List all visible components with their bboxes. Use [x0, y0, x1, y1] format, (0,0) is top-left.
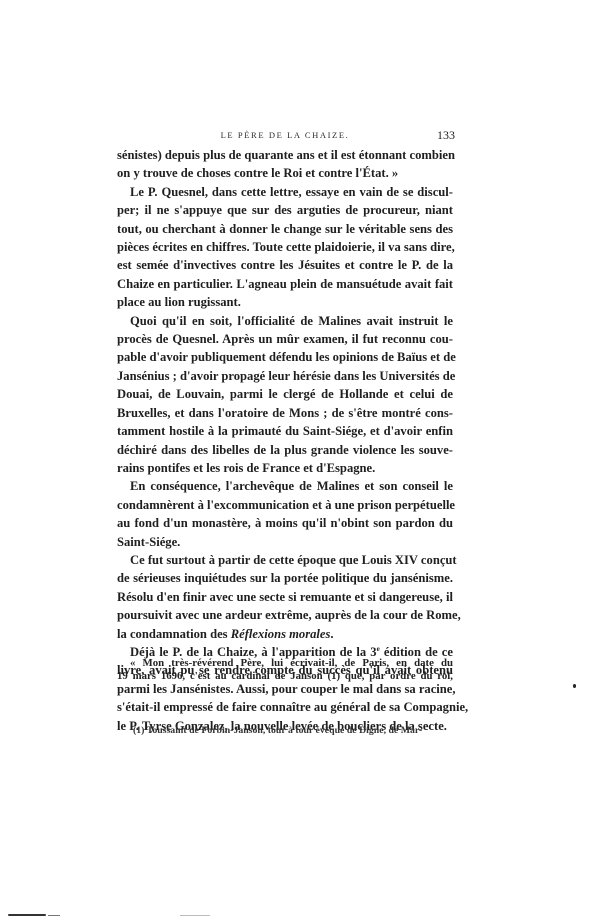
text-line: condamnèrent à l'excommunication et à un… [117, 496, 453, 514]
quote-line: « Mon très-révérend Père, lui écrivait-i… [117, 657, 453, 670]
text-line: procès de Quesnel. Après un mûr examen, … [117, 330, 453, 348]
scan-edge-mark [8, 914, 46, 916]
ink-speck [573, 684, 576, 688]
text-line: au fond d'un monastère, à moins qu'il n'… [117, 514, 453, 532]
text-line: per; il ne s'appuye que sur des arguties… [117, 201, 453, 219]
text-line: place au lion rugissant. [117, 293, 453, 311]
text-line: pable d'avoir publiquement défendu les o… [117, 348, 453, 366]
text-line: on y trouve de choses contre le Roi et c… [117, 164, 453, 182]
paragraph: sénistes) depuis plus de quarante ans et… [117, 146, 453, 183]
running-head: LE PÈRE DE LA CHAIZE. 133 [117, 128, 453, 144]
text-line: Ce fut surtout à partir de cette époque … [117, 551, 453, 569]
text-line: déchiré dans des libelles de la plus gra… [117, 441, 453, 459]
text-line: tamment hostile à la primauté du Saint-S… [117, 422, 453, 440]
scan-edge-mark [48, 915, 60, 916]
text-line: Le P. Quesnel, dans cette lettre, essaye… [117, 183, 453, 201]
text-line: Quoi qu'il en soit, l'officialité de Mal… [117, 312, 453, 330]
text-line: la condamnation des Réflexions morales. [117, 625, 453, 643]
text-line: pièces écrites en chiffres. Toute cette … [117, 238, 453, 256]
text-line: Bruxelles, et dans l'oratoire de Mons ; … [117, 404, 453, 422]
text-line: s'était-il empressé de faire connaître a… [117, 698, 453, 716]
book-page: LE PÈRE DE LA CHAIZE. 133 sénistes) depu… [0, 0, 600, 920]
text-line: est semée d'invectives contre les Jésuit… [117, 256, 453, 274]
paragraph: Le P. Quesnel, dans cette lettre, essaye… [117, 183, 453, 312]
text-line: Chaize en particulier. L'agneau plein de… [117, 275, 453, 293]
text-line: Jansénius ; d'avoir propagé leur hérésie… [117, 367, 453, 385]
scan-edge-mark [180, 915, 210, 916]
text-line: rains pontifes et les rois de France et … [117, 459, 453, 477]
body-text: sénistes) depuis plus de quarante ans et… [117, 146, 453, 735]
text-line: Saint-Siége. [117, 533, 453, 551]
text-line: tout, ou cherchant à donner le change su… [117, 220, 453, 238]
quote-line: 19 mars 1696, c'est au cardinal de Janso… [117, 670, 453, 683]
paragraph: Quoi qu'il en soit, l'officialité de Mal… [117, 312, 453, 478]
text-line: de sérieuses inquiétudes sur la portée p… [117, 569, 453, 587]
text-line: Résolu d'en finir avec une secte si remu… [117, 588, 453, 606]
text-line: poursuivit avec une ardeur extrême, aupr… [117, 606, 453, 624]
running-title: LE PÈRE DE LA CHAIZE. [117, 130, 453, 140]
paragraph: Ce fut surtout à partir de cette époque … [117, 551, 453, 643]
text-line: sénistes) depuis plus de quarante ans et… [117, 146, 453, 164]
footnote-text: (1) Toussaint de Forbin-Janson, tour à t… [133, 725, 422, 736]
quotation-block: « Mon très-révérend Père, lui écrivait-i… [117, 657, 453, 683]
paragraph: En conséquence, l'archevêque de Malines … [117, 477, 453, 551]
text-line: En conséquence, l'archevêque de Malines … [117, 477, 453, 495]
footnote: (1) Toussaint de Forbin-Janson, tour à t… [133, 724, 455, 737]
text-line: Douai, de Louvain, parmi le clergé de Ho… [117, 385, 453, 403]
page-number: 133 [437, 128, 455, 143]
